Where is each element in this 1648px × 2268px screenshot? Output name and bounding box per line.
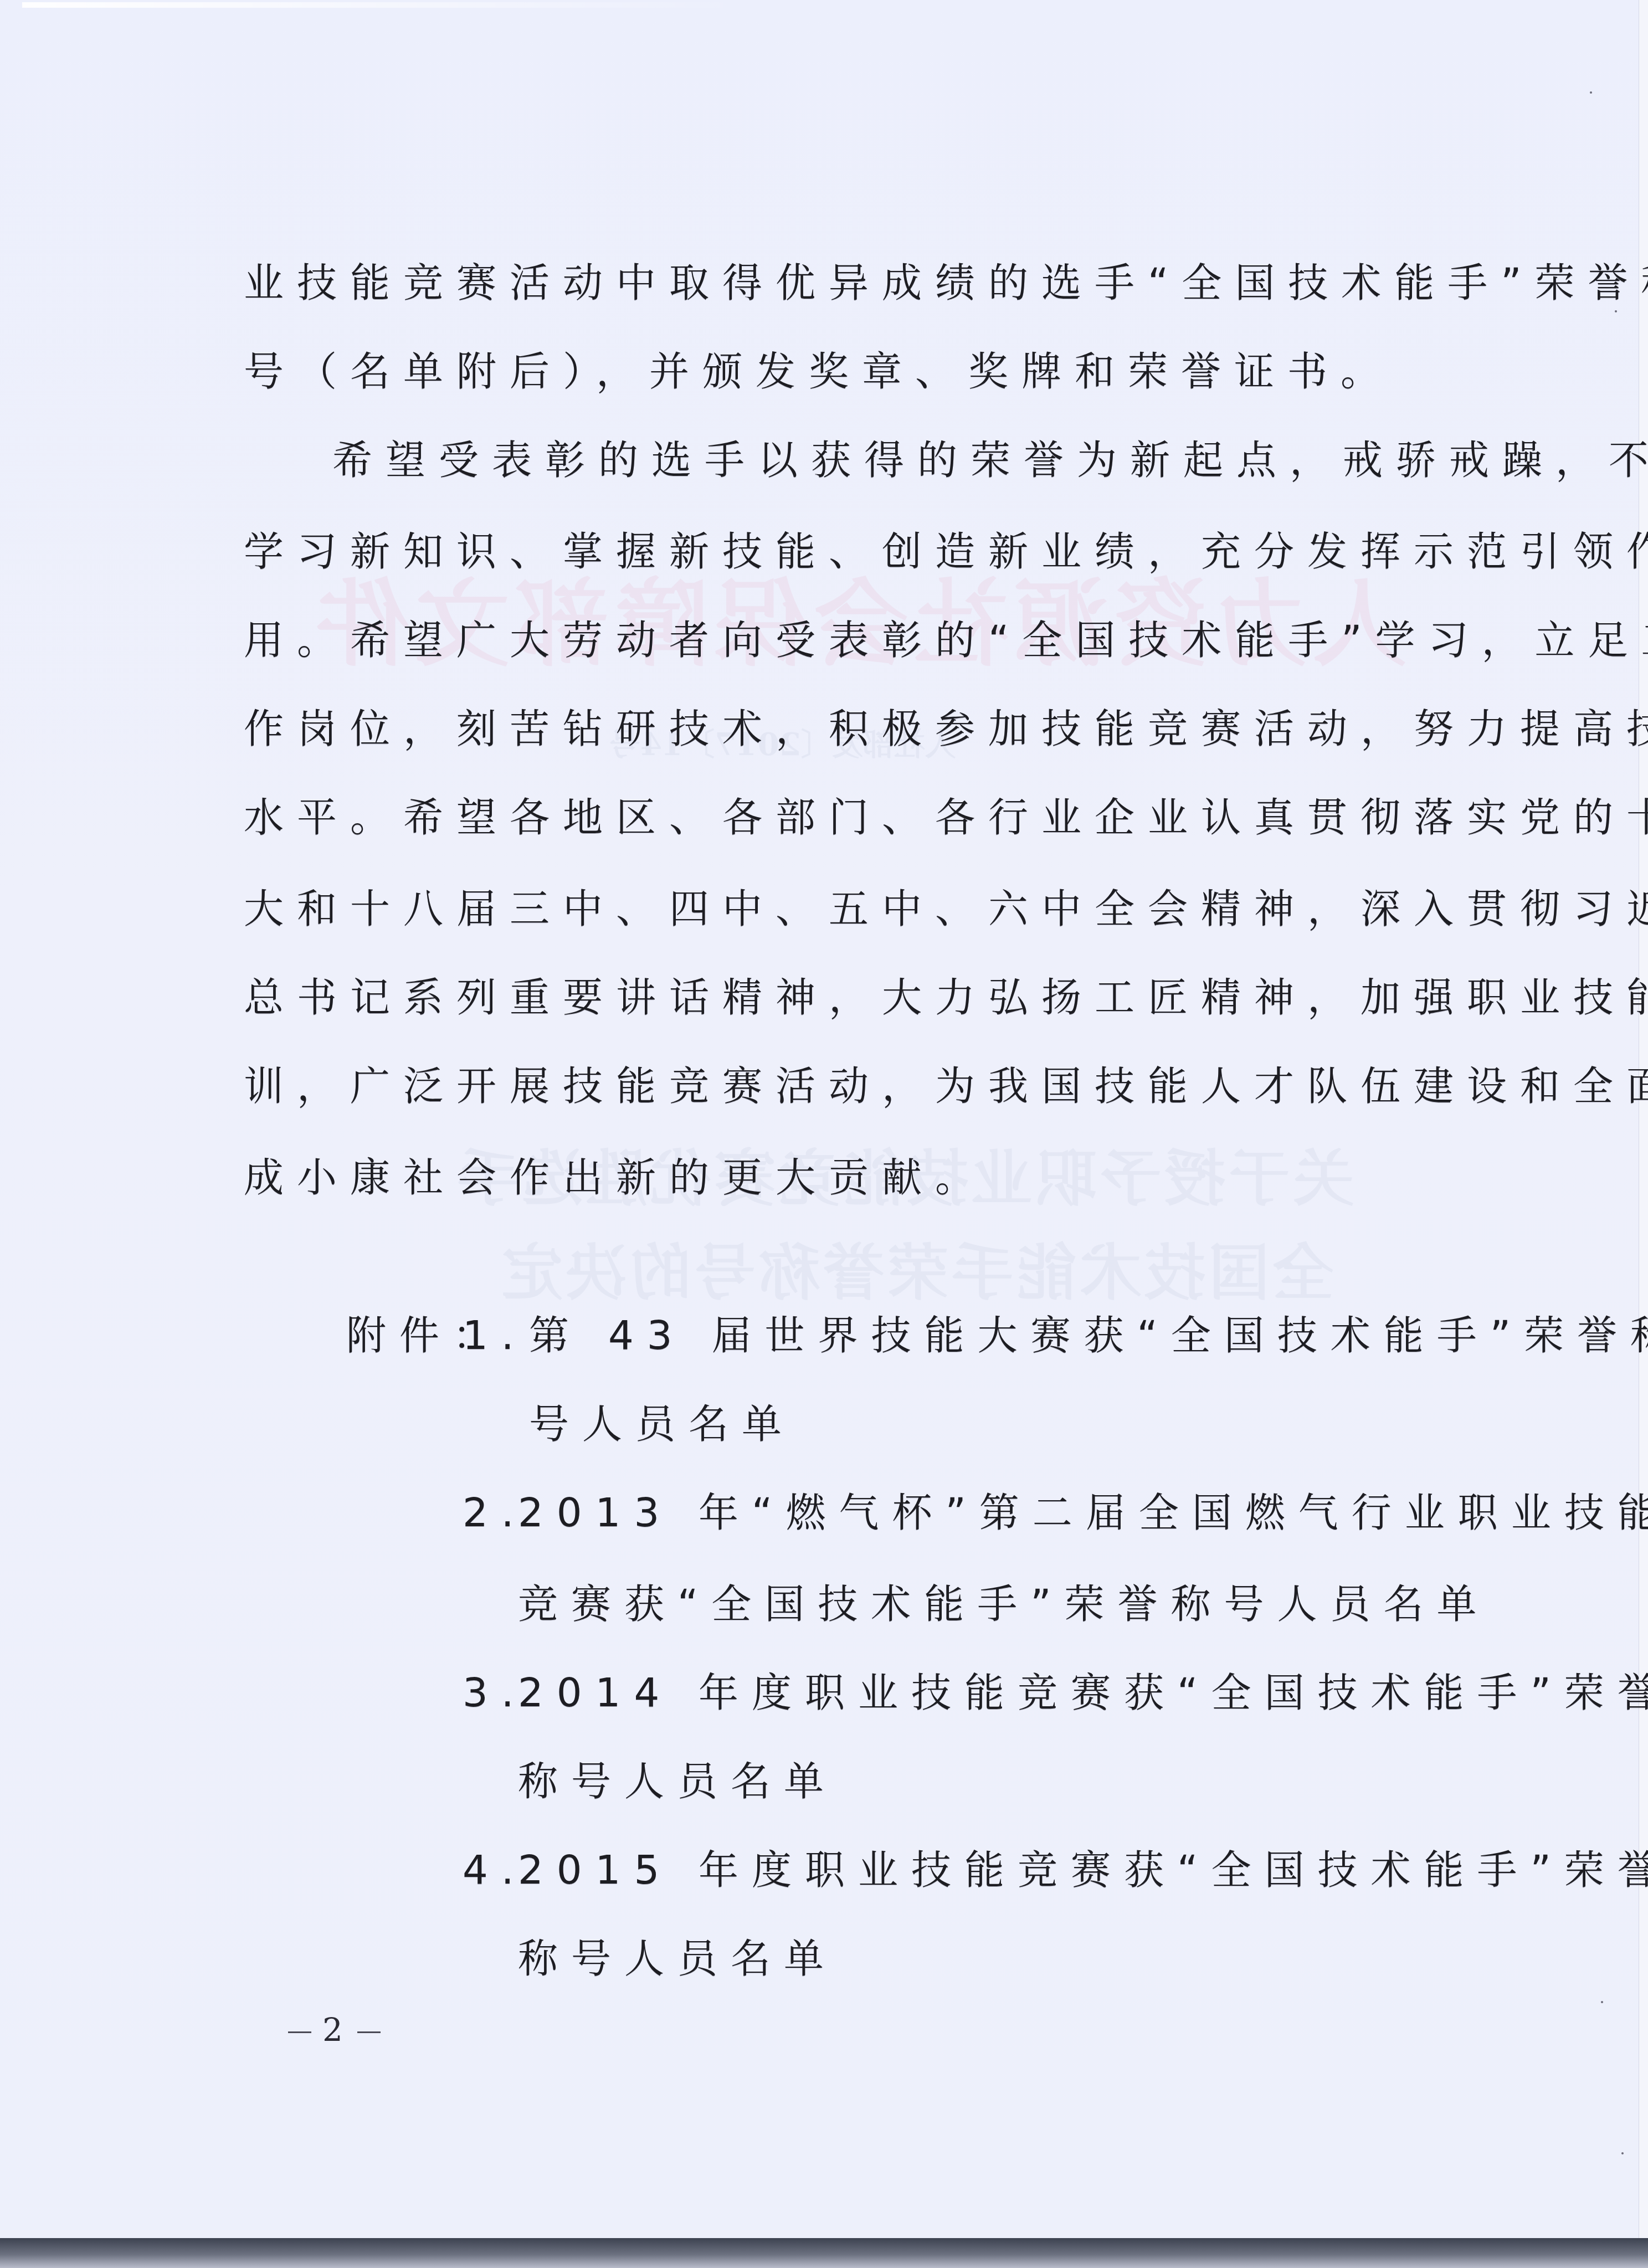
attachment-item-2-cont: 竞赛获“全国技术能手”荣誉称号人员名单 <box>518 1582 1490 1626</box>
body-text-line: 学习新知识、掌握新技能、创造新业绩，充分发挥示范引领作 <box>244 529 1648 573</box>
attachment-item-4: 2015 年度职业技能竞赛获“全国技术能手”荣誉 <box>518 1848 1648 1892</box>
page-number-value: 2 <box>322 2011 346 2049</box>
attachment-item-1-cont: 号人员名单 <box>529 1402 795 1446</box>
scan-speck <box>1615 310 1617 312</box>
body-text-line: 号（名单附后），并颁发奖章、奖牌和荣誉证书。 <box>244 349 1394 393</box>
body-text-line: 大和十八届三中、四中、五中、六中全会精神，深入贯彻习近平 <box>244 886 1648 931</box>
attachment-item-1: 第 43 届世界技能大赛获“全国技术能手”荣誉称 <box>529 1313 1648 1357</box>
body-text-line: 水平。希望各地区、各部门、各行业企业认真贯彻落实党的十八 <box>244 795 1648 839</box>
attachment-item-2: 2013 年“燃气杯”第二届全国燃气行业职业技能 <box>518 1490 1648 1535</box>
attachment-item-3-cont: 称号人员名单 <box>518 1759 837 1803</box>
attachment-item-3: 2014 年度职业技能竞赛获“全国技术能手”荣誉 <box>518 1670 1648 1715</box>
scan-glare <box>22 2 742 8</box>
dash-left <box>288 2031 311 2033</box>
body-text-line: 总书记系列重要讲话精神，大力弘扬工匠精神，加强职业技能培 <box>244 975 1648 1019</box>
document-page <box>0 0 1639 2238</box>
attachment-item-4-cont: 称号人员名单 <box>518 1936 837 1980</box>
attachment-number: 1. <box>463 1313 527 1357</box>
scan-speck <box>1601 2001 1603 2003</box>
scanner-bottom-edge <box>0 2238 1648 2268</box>
body-text-line: 业技能竞赛活动中取得优异成绩的选手“全国技术能手”荣誉称 <box>244 260 1648 305</box>
body-text-line: 希望受表彰的选手以获得的荣誉为新起点，戒骄戒躁，不断 <box>332 438 1648 482</box>
scan-speck <box>1590 91 1592 94</box>
scan-speck <box>1621 2152 1624 2154</box>
body-text-line: 训，广泛开展技能竞赛活动，为我国技能人才队伍建设和全面建 <box>244 1064 1648 1108</box>
dash-right <box>357 2031 381 2033</box>
body-text-line: 成小康社会作出新的更大贡献。 <box>244 1155 988 1199</box>
body-text-line: 用。希望广大劳动者向受表彰的“全国技术能手”学习，立足工 <box>244 618 1648 662</box>
page-edge-right <box>1639 0 1648 2238</box>
page-number: 2 <box>277 2011 392 2049</box>
body-text-line: 作岗位，刻苦钻研技术，积极参加技能竞赛活动，努力提高技能 <box>244 706 1648 751</box>
